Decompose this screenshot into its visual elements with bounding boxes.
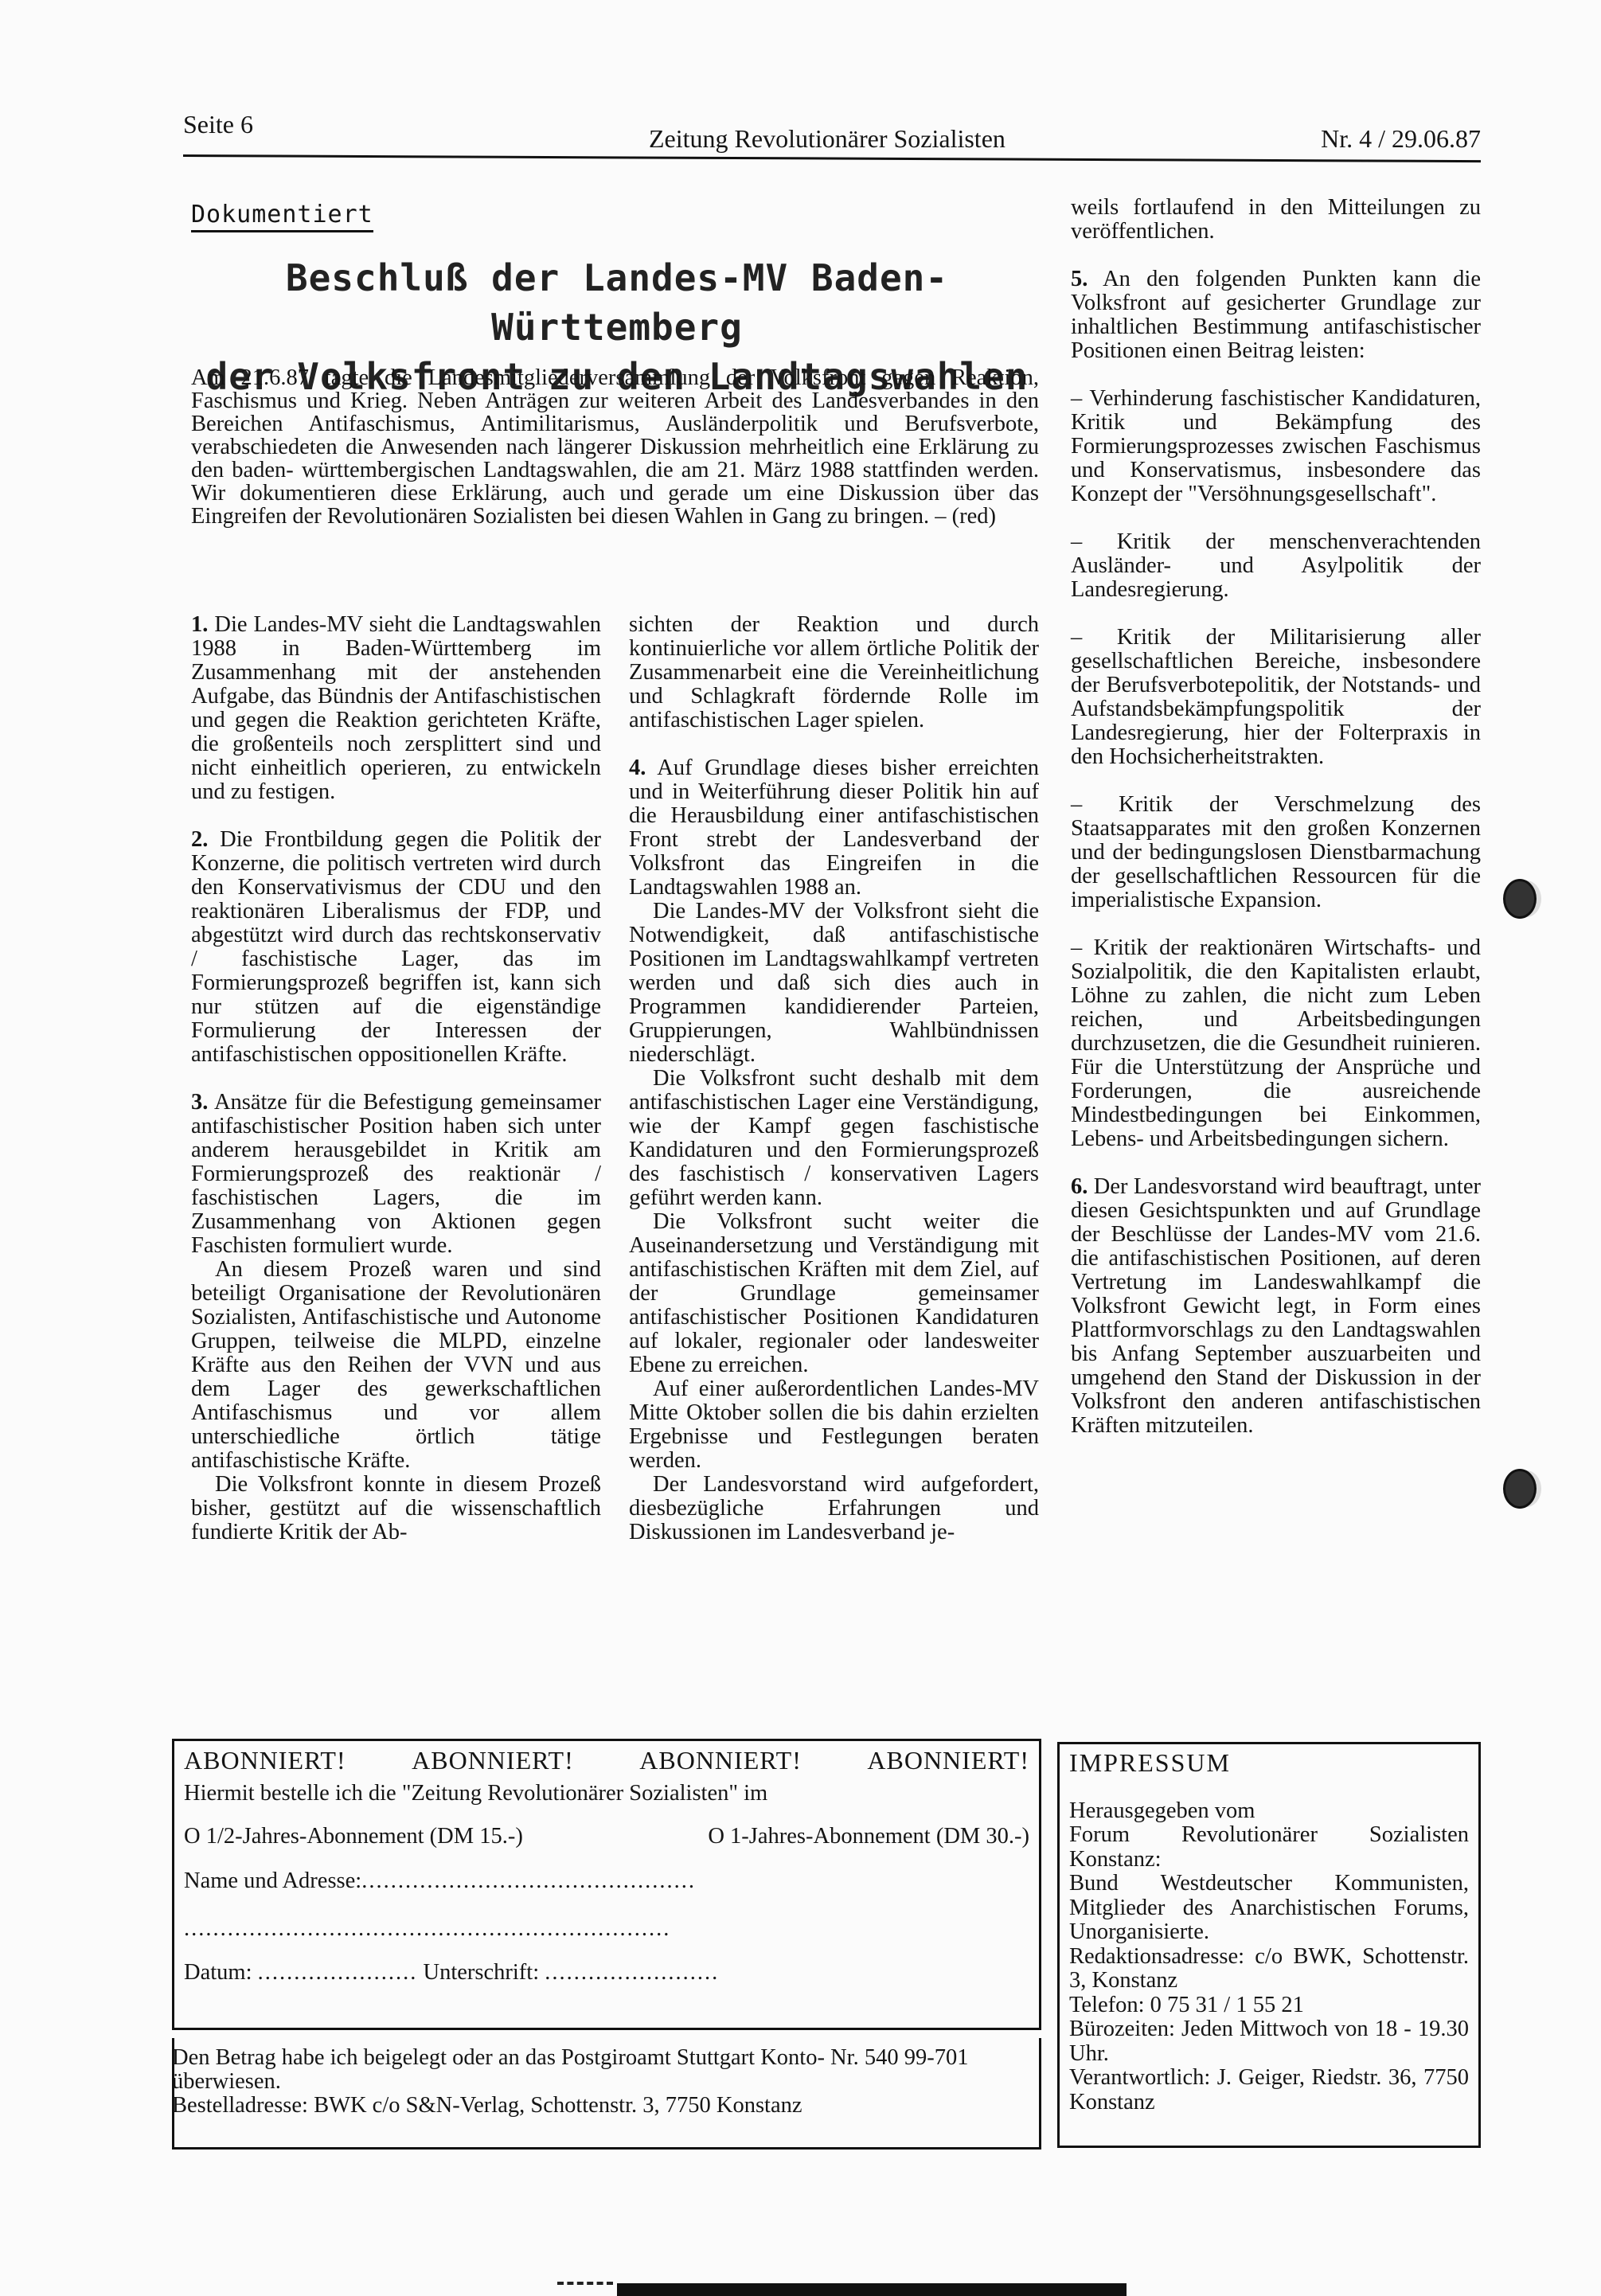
punch-hole-icon [1503, 1469, 1537, 1509]
article-column-1: 1. Die Landes-MV sieht die Landtagswahle… [191, 613, 601, 1544]
subscription-form: ABONNIERT! ABONNIERT! ABONNIERT! ABONNIE… [172, 1739, 1041, 2030]
page-number: Seite 6 [183, 110, 253, 139]
publication-title: Zeitung Revolutionärer Sozialisten [649, 124, 1006, 154]
paragraph: An diesem Prozeß waren und sind beteilig… [191, 1258, 601, 1473]
paragraph: Die Volksfront sucht deshalb mit dem ant… [629, 1067, 1039, 1210]
paragraph: 6. Der Landesvorstand wird beauftragt, u… [1071, 1175, 1481, 1438]
issue-date: Nr. 4 / 29.06.87 [1321, 124, 1481, 154]
impressum-heading: IMPRESSUM [1069, 1751, 1469, 1775]
paragraph: 1. Die Landes-MV sieht die Landtagswahle… [191, 613, 601, 804]
impressum-line: Bund Westdeutscher Kommunisten, Mitglied… [1069, 1872, 1469, 1945]
address-line-field[interactable]: ........................................… [184, 1916, 1029, 1942]
paragraph: 4. Auf Grundlage dieses bisher erreichte… [629, 756, 1039, 900]
list-item: – Kritik der menschenverachtenden Auslän… [1071, 530, 1481, 602]
scan-edge-bar [617, 2283, 1127, 2296]
impressum-line: Redaktionsadresse: c/o BWK, Schottenstr.… [1069, 1945, 1469, 1993]
scan-artifact [557, 2282, 613, 2290]
date-field[interactable]: ...................... [258, 1960, 418, 1985]
paragraph: Auf einer außerordentlichen Landes-MV Mi… [629, 1377, 1039, 1473]
option-full-year[interactable]: O 1-Jahres-Abonnement (DM 30.-) [708, 1824, 1029, 1849]
signature-field[interactable]: ........................ [545, 1960, 719, 1985]
subscription-options: O 1/2-Jahres-Abonnement (DM 15.-) O 1-Ja… [184, 1824, 1029, 1849]
order-text: Hiermit bestelle ich die "Zeitung Revolu… [184, 1781, 1029, 1806]
list-item: – Kritik der reaktionären Wirtschafts- u… [1071, 936, 1481, 1151]
list-item: – Verhinderung faschistischer Kandidatur… [1071, 387, 1481, 506]
paragraph: weils fortlaufend in den Mitteilungen zu… [1071, 196, 1481, 244]
subscription-heading: ABONNIERT! ABONNIERT! ABONNIERT! ABONNIE… [184, 1746, 1029, 1775]
impressum-box: IMPRESSUM Herausgegeben vom Forum Revolu… [1057, 1742, 1481, 2148]
paragraph: 2. Die Frontbildung gegen die Politik de… [191, 828, 601, 1067]
title-line-1: Beschluß der Landes-MV Baden-Württemberg [191, 253, 1043, 352]
paragraph: Die Volksfront sucht weiter die Auseinan… [629, 1210, 1039, 1377]
paragraph: Die Landes-MV der Volksfront sieht die N… [629, 900, 1039, 1067]
punch-hole-icon [1503, 879, 1537, 919]
date-signature-row: Datum: ...................... Unterschri… [184, 1960, 1029, 1986]
article-intro: Am 21.6.87 tagte die Landesmitgliederver… [191, 366, 1039, 528]
paragraph: Die Volksfront konnte in diesem Prozeß b… [191, 1473, 601, 1544]
impressum-line: Forum Revolutionärer Sozialisten Konstan… [1069, 1823, 1469, 1872]
name-address-field[interactable]: Name und Adresse:.......................… [184, 1868, 1029, 1894]
impressum-line: Bürozeiten: Jeden Mittwoch von 18 - 19.3… [1069, 2017, 1469, 2066]
section-kicker: Dokumentiert [191, 201, 373, 232]
article-column-3: weils fortlaufend in den Mitteilungen zu… [1071, 196, 1481, 1438]
list-item: – Kritik der Militarisierung aller gesel… [1071, 626, 1481, 769]
page-header: Seite 6 Zeitung Revolutionärer Sozialist… [183, 110, 1481, 158]
article-column-2: sichten der Reaktion und durch kontinuie… [629, 613, 1039, 1544]
paragraph: Der Landesvorstand wird aufgefordert, di… [629, 1473, 1039, 1544]
paragraph: 5. An den folgenden Punkten kann die Vol… [1071, 267, 1481, 363]
subscription-form-bottom-border [172, 2038, 1041, 2150]
paragraph: 3. Ansätze für die Befestigung gemeinsam… [191, 1091, 601, 1258]
option-half-year[interactable]: O 1/2-Jahres-Abonnement (DM 15.-) [184, 1824, 523, 1849]
paragraph: sichten der Reaktion und durch kontinuie… [629, 613, 1039, 732]
impressum-line: Herausgegeben vom [1069, 1799, 1469, 1824]
impressum-line: Telefon: 0 75 31 / 1 55 21 [1069, 1993, 1469, 2018]
impressum-line: Verantwortlich: J. Geiger, Riedstr. 36, … [1069, 2066, 1469, 2114]
list-item: – Kritik der Verschmelzung des Staatsapp… [1071, 793, 1481, 912]
